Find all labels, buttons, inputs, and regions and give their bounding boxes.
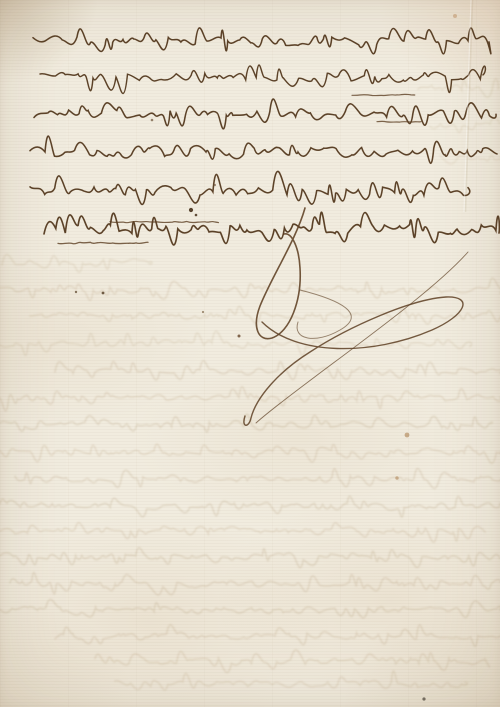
crease-lines <box>464 0 473 212</box>
handwriting-layer <box>0 0 500 707</box>
signature-paraph <box>244 208 468 425</box>
manuscript-page <box>0 0 500 707</box>
bleedthrough-text <box>0 79 500 690</box>
manuscript-photo <box>0 0 500 707</box>
ink-text <box>30 28 499 245</box>
